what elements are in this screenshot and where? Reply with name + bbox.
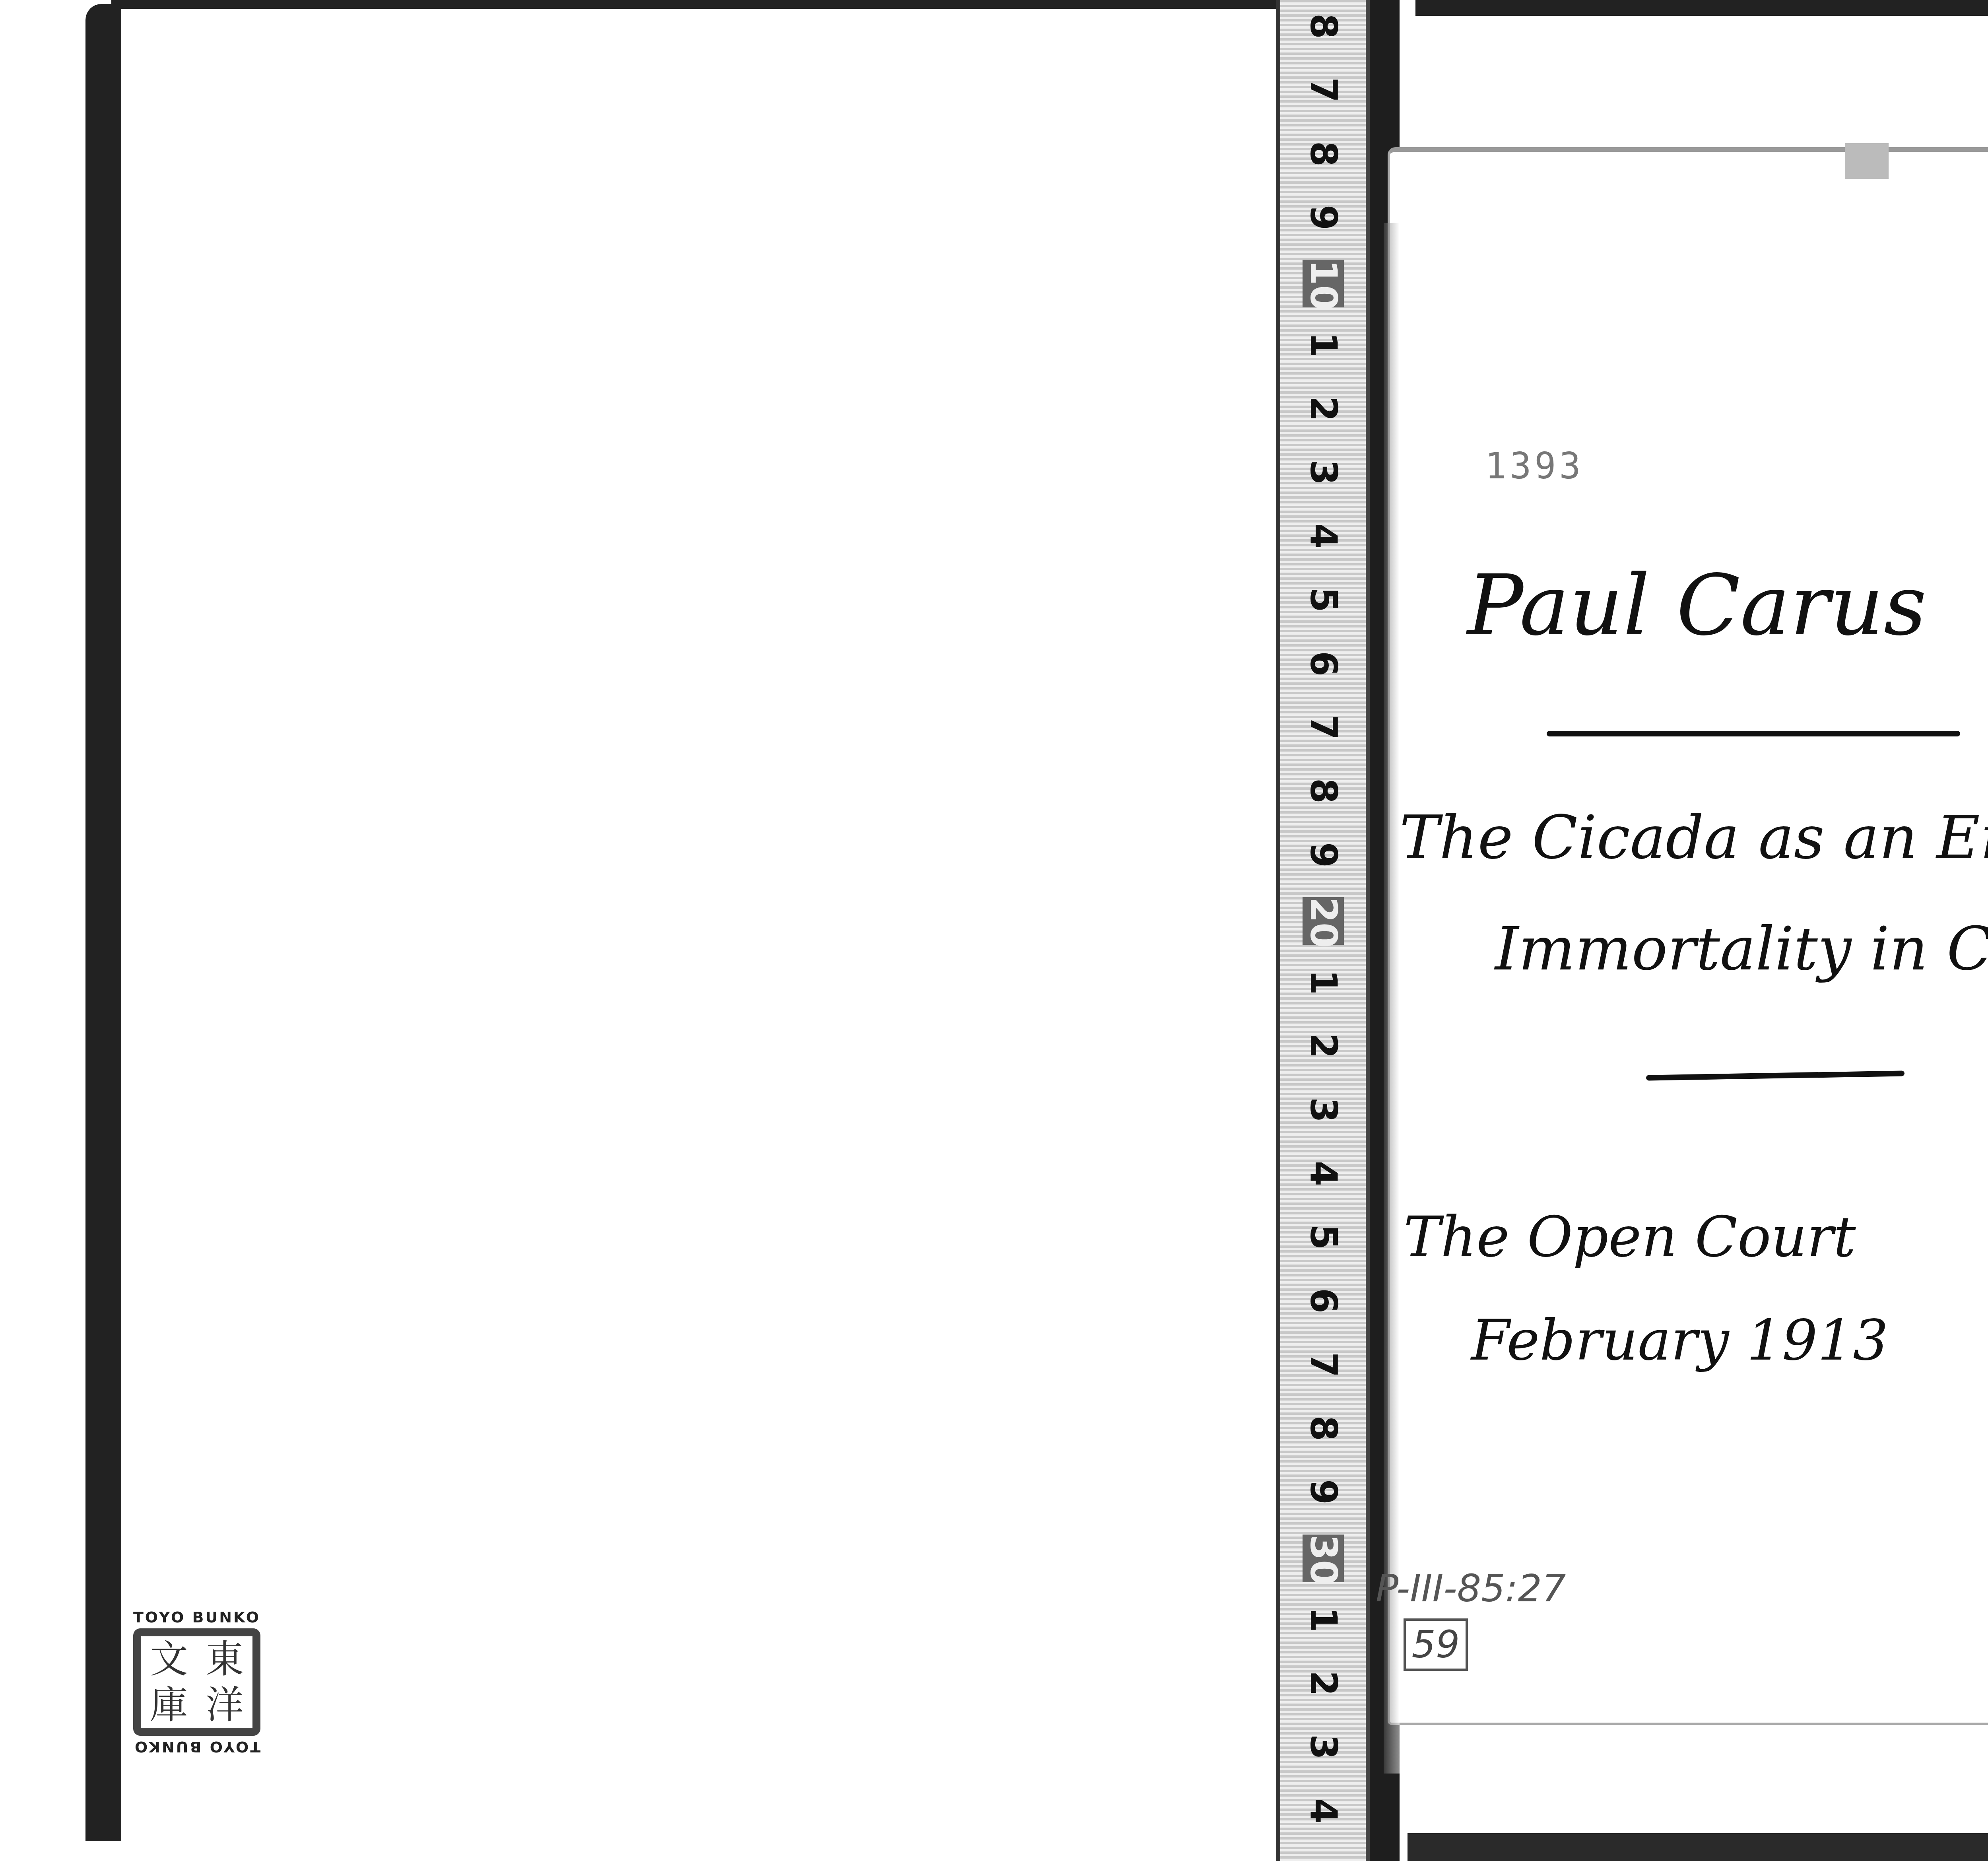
left-page-blank: [121, 9, 1274, 1838]
scan-background-left: [0, 0, 85, 1861]
seal-glyph: 東: [197, 1636, 252, 1682]
binding-shadow: [1384, 223, 1400, 1774]
ruler-numeral: 1: [1305, 958, 1342, 1006]
ruler-numeral: 9: [1305, 831, 1342, 879]
left-page-top-edge: [111, 0, 1288, 9]
seal-glyph: 洋: [197, 1682, 252, 1728]
shelfmark: P-III-85:27: [1376, 1567, 1566, 1610]
ruler-numeral: 3: [1305, 449, 1342, 496]
ruler-numeral: 7: [1305, 66, 1342, 114]
seal-glyph: 庫: [141, 1682, 197, 1728]
ruler-numeral: 4: [1305, 1787, 1342, 1835]
ruler-numeral: 7: [1305, 1341, 1342, 1389]
folder-tab: [1845, 143, 1889, 179]
ruler-numeral: 8: [1305, 130, 1342, 178]
right-page-top-edge: [1415, 0, 1988, 16]
measuring-ruler: 87891012345678920123456789301234: [1276, 0, 1370, 1861]
ruler-numeral: 2: [1305, 385, 1342, 433]
publication-name: The Open Court: [1404, 1205, 1856, 1270]
ruler-numeral: 2: [1305, 1659, 1342, 1707]
seal-caption-bottom: TOYO BUNKO: [131, 1738, 262, 1756]
seal-caption-top: TOYO BUNKO: [131, 1608, 262, 1626]
ruler-numeral: 5: [1305, 1213, 1342, 1261]
seal-glyph: 文: [141, 1636, 197, 1682]
ruler-numeral: 6: [1305, 640, 1342, 688]
author-underline: [1547, 731, 1960, 736]
number-stamp: 1393: [1485, 445, 1584, 487]
ruler-numeral: 3: [1305, 1723, 1342, 1771]
ruler-numeral: 30: [1303, 1535, 1344, 1582]
title-line-2: Immortality in China: [1495, 915, 1988, 984]
left-page-spine-edge: [85, 4, 121, 1841]
ruler-numeral: 10: [1303, 260, 1344, 307]
right-page-bottom-edge: [1408, 1833, 1988, 1861]
publication-date: February 1913: [1471, 1308, 1888, 1373]
ruler-numeral: 20: [1303, 897, 1344, 945]
ruler-numeral: 3: [1305, 1086, 1342, 1134]
ruler-numeral: 6: [1305, 1277, 1342, 1325]
ruler-numeral: 2: [1305, 1022, 1342, 1070]
title-line-1: The Cicada as an Emblem of: [1400, 803, 1988, 872]
ruler-numeral: 1: [1305, 1596, 1342, 1643]
ruler-numeral: 4: [1305, 512, 1342, 560]
ruler-numeral: 8: [1305, 767, 1342, 815]
toyo-bunko-seal-left: TOYO BUNKO 文 東 庫 洋 TOYO BUNKO: [131, 1608, 262, 1756]
ruler-numeral: 8: [1305, 2, 1342, 50]
ruler-numeral: 8: [1305, 1404, 1342, 1452]
box-number: 59: [1404, 1618, 1468, 1671]
ruler-numeral: 1: [1305, 321, 1342, 369]
ruler-numeral: 4: [1305, 1150, 1342, 1197]
author-name: Paul Carus: [1467, 557, 1927, 654]
ruler-numeral: 9: [1305, 194, 1342, 241]
seal-stamp-icon: 文 東 庫 洋: [133, 1628, 260, 1736]
ruler-numeral: 7: [1305, 703, 1342, 751]
ruler-numeral: 9: [1305, 1468, 1342, 1516]
ruler-numeral: 5: [1305, 576, 1342, 624]
